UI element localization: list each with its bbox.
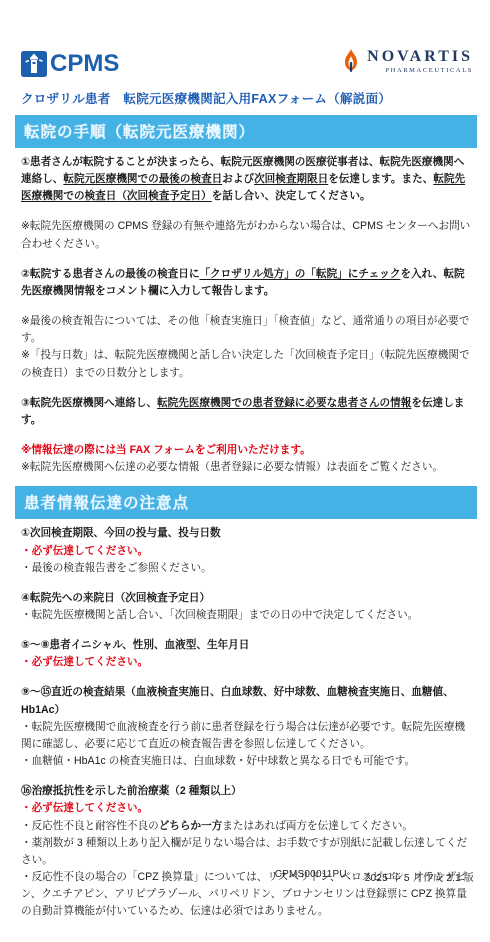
text-segment: どちらか一方 [159, 820, 223, 832]
fax-form-explanation-page: CPMS NOVARTIS PHARMACEUTICALS クロザリル患者 転院… [0, 0, 490, 942]
text-segment: ※転院先医療機関へ伝達の必要な情報（患者登録に必要な情報）は表面をご覧ください。 [21, 461, 443, 473]
text-segment: ④転院先への来院日（次回検査予定日） [21, 592, 210, 604]
cpms-logo-text: CPMS [50, 50, 119, 78]
text-segment: ③転院先医療機関へ連絡し、 [21, 397, 157, 409]
text-segment: ⑨～⑮直近の検査結果（血液検査実施日、白血球数、好中球数、血糖検査実施日、血糖値… [21, 686, 454, 715]
paragraph: ・転院先医療機関と話し合い、「次回検査期限」までの日の中で決定してください。 [21, 607, 471, 624]
section-banner-procedure: 転院の手順（転院元医療機関） [15, 115, 477, 148]
text-segment: 「クロザリル処方」の「転院」にチェック [199, 268, 400, 280]
section-notes-body: ①次回検査期限、今回の投与量、投与日数・必ず伝達してください。・最後の検査報告書… [21, 525, 471, 920]
paragraph: ・反応性不良と耐容性不良のどちらか一方またはあれば両方を伝達してください。 [21, 818, 471, 835]
document-edition: 2025 年 5 月作成 2.1 版 [365, 869, 474, 884]
text-segment: ・転院先医療機関で血液検査を行う前に患者登録を行う場合は伝達が必要です。転院先医… [21, 721, 465, 750]
paragraph: ・必ず伝達してください。 [21, 800, 471, 817]
text-segment: ⑤～⑧患者イニシャル、性別、血液型、生年月日 [21, 639, 249, 651]
text-segment: ②転院する患者さんの最後の検査日に [21, 268, 199, 280]
paragraph: ・薬剤数が 3 種類以上あり記入欄が足りない場合は、お手数ですが別紙に記載し伝達… [21, 835, 471, 869]
text-segment: ・必ず伝達してください。 [21, 802, 148, 814]
text-segment: またはあれば両方を伝達してください。 [222, 820, 413, 832]
text-segment: 転院元医療機関での最後の検査日 [63, 173, 222, 185]
text-segment: ※情報伝達の際には当 FAX フォームをご利用いただけます。 [21, 444, 311, 456]
text-segment: および [222, 173, 254, 185]
paragraph: ⑤～⑧患者イニシャル、性別、血液型、生年月日 [21, 637, 471, 654]
text-segment: ・転院先医療機関と話し合い、「次回検査期限」までの日の中で決定してください。 [21, 609, 418, 621]
paragraph: ・必ず伝達してください。 [21, 654, 471, 671]
paragraph: ・最後の検査報告書をご参照ください。 [21, 560, 471, 577]
document-code: CPMS00011PU [275, 869, 347, 884]
paragraph: ・必ず伝達してください。 [21, 543, 471, 560]
cpms-lighthouse-icon [21, 51, 47, 77]
text-segment: 転院先医療機関での患者登録に必要な患者さんの情報 [157, 397, 411, 409]
document-footer: CPMS00011PU 2025 年 5 月作成 2.1 版 [275, 869, 474, 884]
paragraph: ・転院先医療機関で血液検査を行う前に患者登録を行う場合は伝達が必要です。転院先医… [21, 719, 471, 753]
text-segment: 次回検査期限日 [254, 173, 328, 185]
novartis-name: NOVARTIS [367, 48, 473, 66]
paragraph: ①次回検査期限、今回の投与量、投与日数 [21, 525, 471, 542]
paragraph: ※情報伝達の際には当 FAX フォームをご利用いただけます。 [21, 442, 471, 459]
text-segment: ※転院先医療機関の CPMS 登録の有無や連絡先がわからない場合は、CPMS セ… [21, 220, 470, 249]
text-segment: ※最後の検査報告については、その他「検査実施日」「検査値」など、通常通りの項目が… [21, 315, 469, 344]
text-segment: を伝達します。また、 [328, 173, 433, 185]
paragraph: ・血糖値・HbA1c の検査実施日は、白血球数・好中球数と異なる日でも可能です。 [21, 753, 471, 770]
text-segment: ※「投与日数」は、転院先医療機関と話し合い決定した「次回検査予定日」（転院先医療… [21, 349, 470, 378]
text-segment: ・必ず伝達してください。 [21, 545, 148, 557]
paragraph: ※「投与日数」は、転院先医療機関と話し合い決定した「次回検査予定日」（転院先医療… [21, 347, 471, 381]
text-segment: ・血糖値・HbA1c の検査実施日は、白血球数・好中球数と異なる日でも可能です。 [21, 755, 415, 767]
paragraph: ※転院先医療機関へ伝達の必要な情報（患者登録に必要な情報）は表面をご覧ください。 [21, 459, 471, 476]
text-segment: ①次回検査期限、今回の投与量、投与日数 [21, 527, 221, 539]
paragraph: ⑨～⑮直近の検査結果（血液検査実施日、白血球数、好中球数、血糖検査実施日、血糖値… [21, 684, 471, 718]
paragraph: ②転院する患者さんの最後の検査日に「クロザリル処方」の「転院」にチェックを入れ、… [21, 266, 471, 300]
section-banner-notes: 患者情報伝達の注意点 [15, 486, 477, 519]
paragraph: ①患者さんが転院することが決まったら、転院元医療機関の医療従事者は、転院先医療機… [21, 154, 471, 205]
paragraph: ④転院先への来院日（次回検査予定日） [21, 590, 471, 607]
novartis-sub: PHARMACEUTICALS [385, 67, 473, 74]
paragraph: ※最後の検査報告については、その他「検査実施日」「検査値」など、通常通りの項目が… [21, 313, 471, 347]
cpms-logo: CPMS [21, 50, 119, 78]
section-procedure-body: ①患者さんが転院することが決まったら、転院元医療機関の医療従事者は、転院先医療機… [21, 154, 471, 476]
page-title: クロザリル患者 転院元医療機関記入用FAXフォーム（解説面） [21, 89, 477, 107]
paragraph: ③転院先医療機関へ連絡し、転院先医療機関での患者登録に必要な患者さんの情報を伝達… [21, 395, 471, 429]
text-segment: を話し合い、決定してください。 [212, 190, 371, 202]
text-segment: ・最後の検査報告書をご参照ください。 [21, 562, 212, 574]
novartis-flame-icon [341, 48, 361, 79]
text-segment: ・反応性不良と耐容性不良の [21, 820, 159, 832]
text-segment: ・必ず伝達してください。 [21, 656, 148, 668]
text-segment: ・薬剤数が 3 種類以上あり記入欄が足りない場合は、お手数ですが別紙に記載し伝達… [21, 837, 467, 866]
novartis-wordmark: NOVARTIS PHARMACEUTICALS [367, 48, 473, 74]
page-header: CPMS NOVARTIS PHARMACEUTICALS [15, 50, 477, 79]
text-segment: ⑯治療抵抗性を示した前治療薬（2 種類以上） [21, 785, 242, 797]
paragraph: ※転院先医療機関の CPMS 登録の有無や連絡先がわからない場合は、CPMS セ… [21, 218, 471, 252]
novartis-logo: NOVARTIS PHARMACEUTICALS [341, 48, 473, 79]
paragraph: ⑯治療抵抗性を示した前治療薬（2 種類以上） [21, 783, 471, 800]
